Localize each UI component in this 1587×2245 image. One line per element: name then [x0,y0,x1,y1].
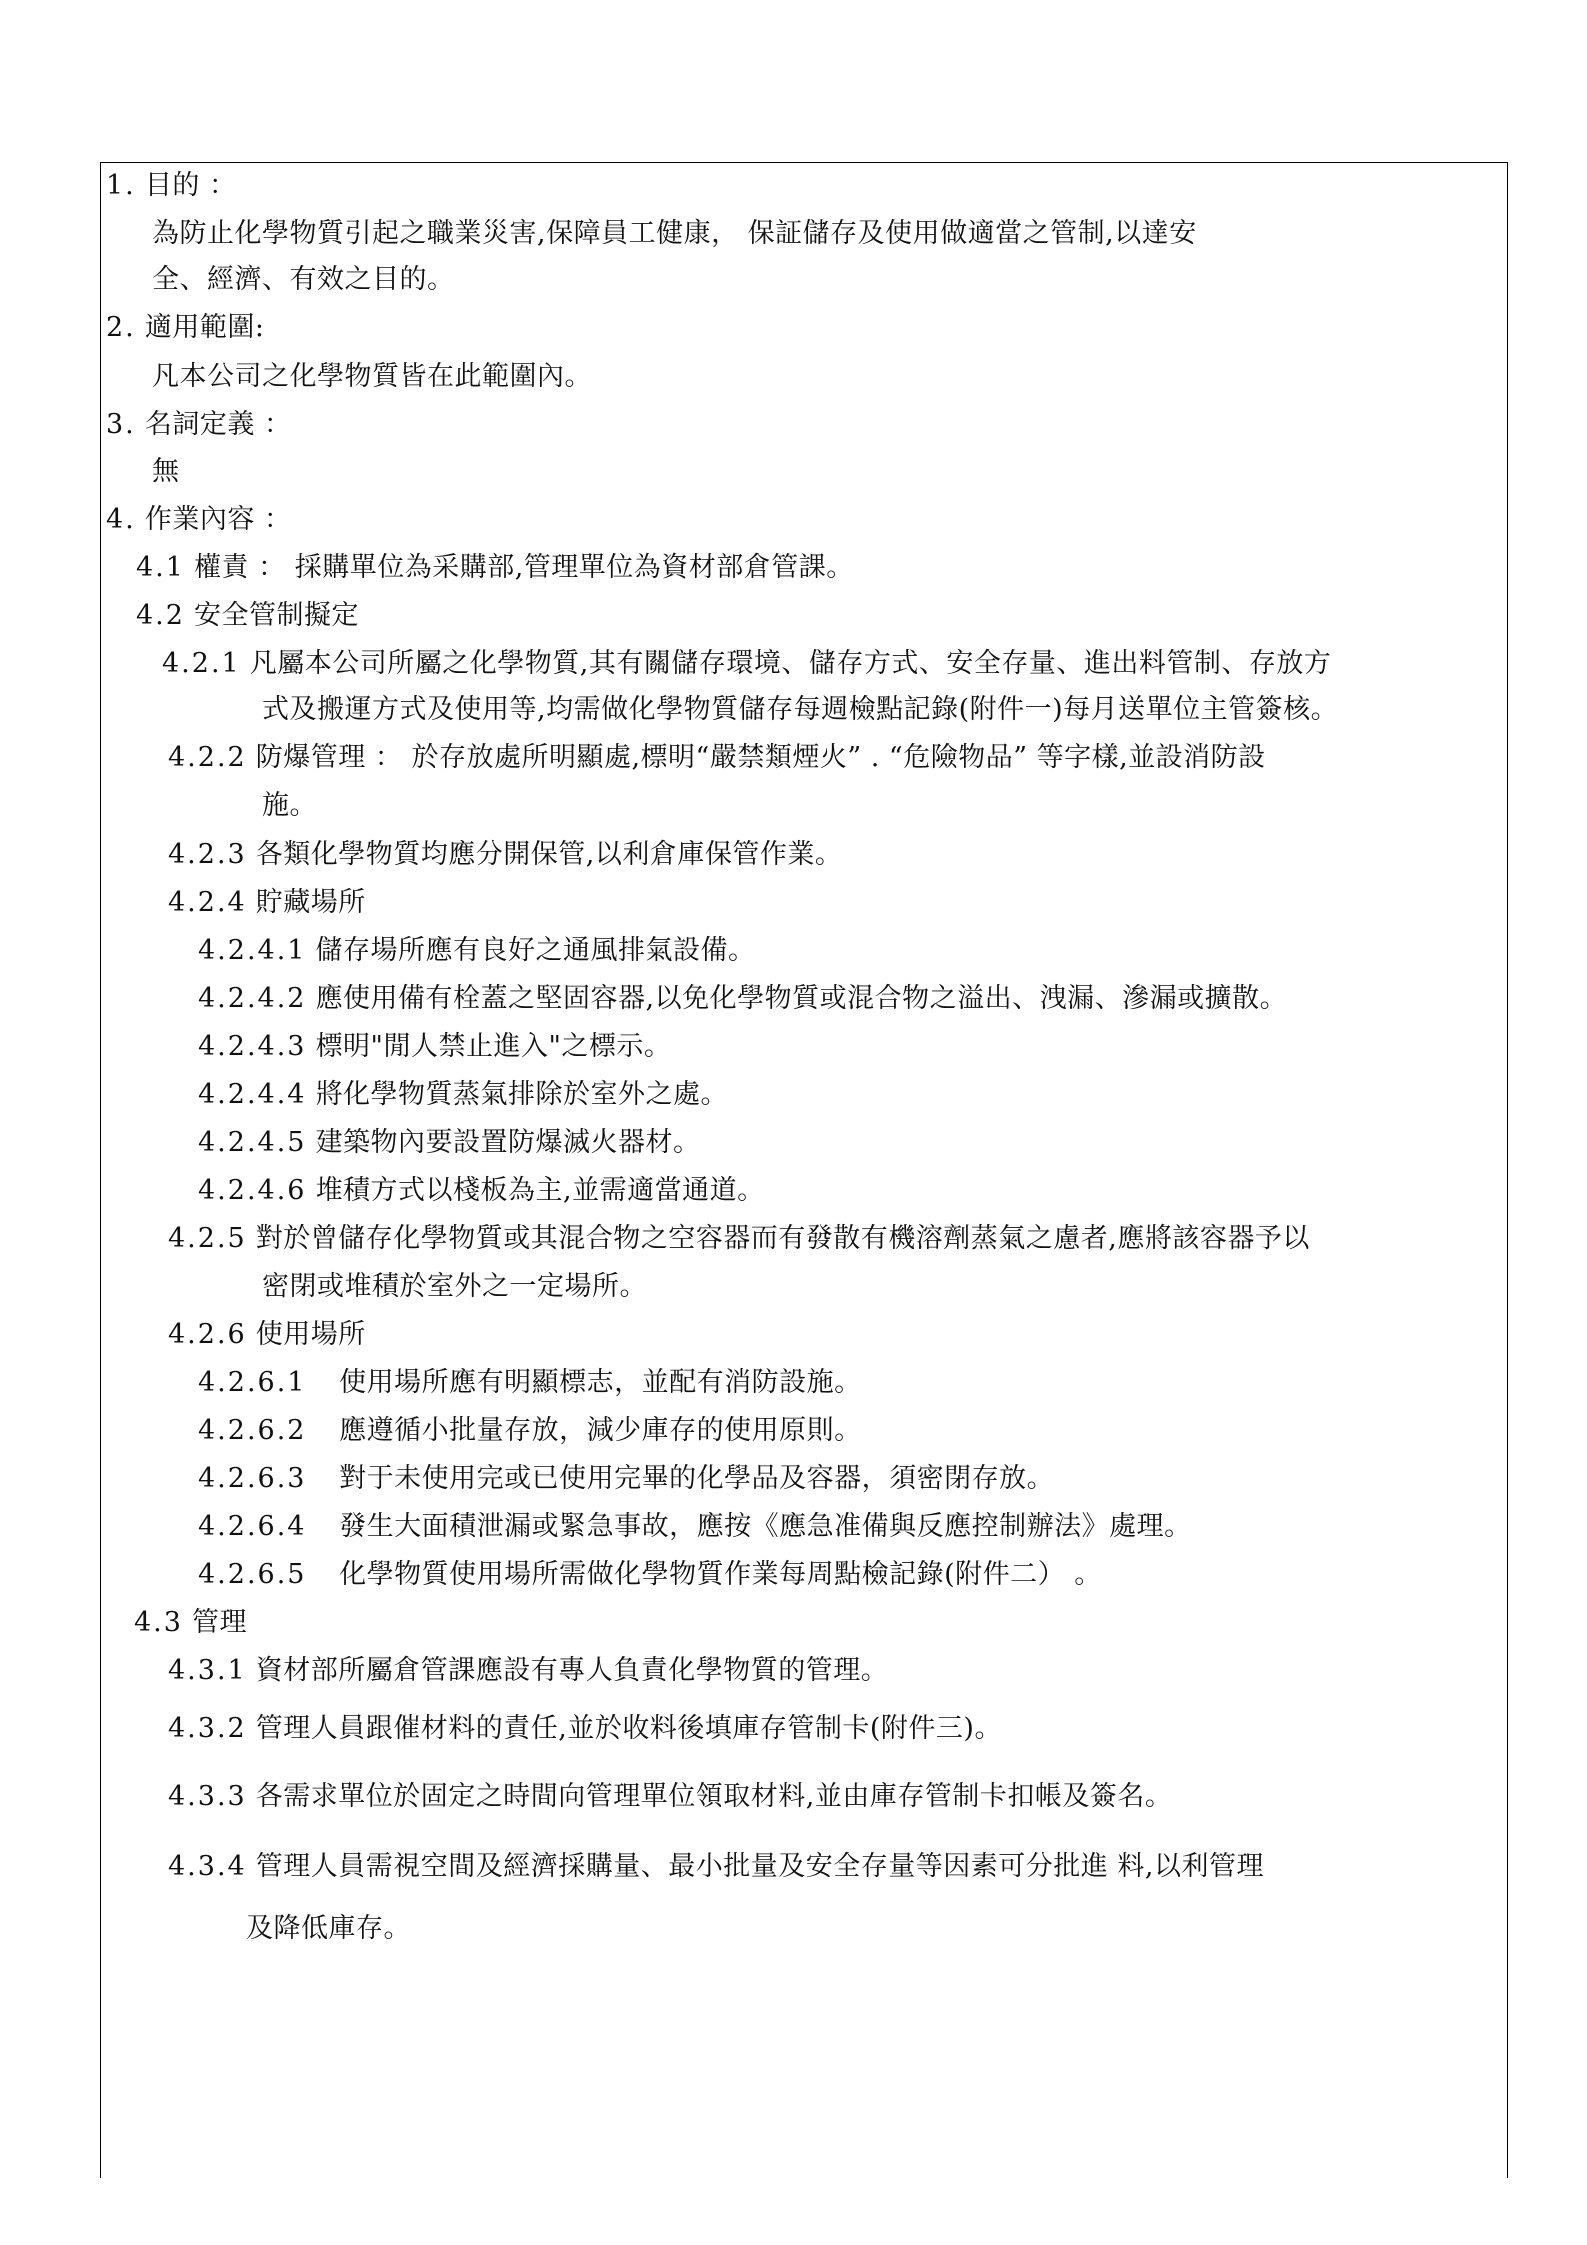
section-number: 4. [106,504,136,536]
item-number: 4.3.2 [168,1713,247,1745]
item-text: 管理人員跟催材料的責任,並於收料後填庫存管制卡(附件三)。 [256,1713,1002,1744]
item-text: 資材部所屬倉管課應設有專人負責化學物質的管理。 [256,1655,889,1686]
item-text: 使用場所應有明顯標志，並配有消防設施。 [339,1367,862,1398]
item-4-2-4-3: 4.2.4.3 標明"閒人禁止進入"之標示。 [198,1031,671,1063]
item-4-2-1-cont: 式及搬運方式及使用等,均需做化學物質儲存每週檢點記錄(附件一)每月送單位主管簽核… [262,694,1338,726]
item-4-2-4: 4.2.4 貯藏場所 [168,887,366,919]
item-text: 管理 [192,1607,247,1638]
item-text: 標明"閒人禁止進入"之標示。 [316,1031,672,1062]
item-number: 4.2.4.5 [198,1127,306,1159]
item-number: 4.2.6.1 [198,1367,330,1399]
section-title: 作業內容 ： [145,504,292,535]
item-4-2-2: 4.2.2 防爆管理 ： 於存放處所明顯處,標明“嚴禁類煙火” . “危險物品”… [168,742,1266,774]
item-number: 4.1 [136,552,185,584]
item-4-2: 4.2 安全管制擬定 [136,600,359,632]
item-4-2-4-6: 4.2.4.6 堆積方式以棧板為主,並需適當通道。 [198,1175,765,1207]
item-4-3: 4.3 管理 [134,1607,247,1639]
item-4-2-5-cont: 密閉或堆積於室外之一定場所。 [262,1271,647,1303]
item-number: 4.2.4.4 [198,1079,306,1111]
item-4-2-4-5: 4.2.4.5 建築物內要設置防爆滅火器材。 [198,1127,701,1159]
item-number: 4.2.5 [168,1223,247,1255]
item-4-2-6: 4.2.6 使用場所 [168,1319,366,1351]
item-4-2-3: 4.2.3 各類化學物質均應分開保管,以利倉庫保管作業。 [168,839,842,871]
item-number: 4.3.4 [168,1851,247,1883]
section-3-heading: 3. 名詞定義 ： [106,409,291,441]
item-4-2-5: 4.2.5 對於曾儲存化學物質或其混合物之空容器而有發散有機溶劑蒸氣之慮者,應將… [168,1223,1310,1255]
section-number: 1. [106,170,136,202]
section-3-body: 無 [152,456,180,488]
item-4-2-4-1: 4.2.4.1 儲存場所應有良好之通風排氣設備。 [198,935,756,967]
item-4-2-4-4: 4.2.4.4 將化學物質蒸氣排除於室外之處。 [198,1079,728,1111]
item-number: 4.3.1 [168,1655,247,1687]
section-1-heading: 1. 目的 ： [106,170,236,202]
item-text: 各類化學物質均應分開保管,以利倉庫保管作業。 [256,839,843,870]
item-text: 各需求單位於固定之時間向管理單位領取材料,並由庫存管制卡扣帳及簽名。 [256,1781,1173,1812]
item-number: 4.2.6 [168,1319,247,1351]
item-4-2-6-4: 4.2.6.4 發生大面積泄漏或緊急事故，應按《應急准備與反應控制辦法》處理。 [198,1511,1192,1543]
item-number: 4.2.4 [168,887,247,919]
item-number: 4.2.3 [168,839,247,871]
item-text: 建築物內要設置防爆滅火器材。 [316,1127,701,1158]
item-4-2-1: 4.2.1 凡屬本公司所屬之化學物質,其有關儲存環境、儲存方式、安全存量、進出料… [162,648,1331,680]
item-4-1: 4.1 權責 ： 採購單位為采購部,管理單位為資材部倉管課。 [136,552,854,584]
item-4-3-4: 4.3.4 管理人員需視空間及經濟採購量、最小批量及安全存量等因素可分批進 料,… [168,1851,1264,1883]
item-number: 4.2.6.5 [198,1559,330,1591]
item-number: 4.2.1 [162,648,241,680]
item-text: 儲存場所應有良好之通風排氣設備。 [316,935,756,966]
item-number: 4.2.4.6 [198,1175,306,1207]
item-number: 4.3 [134,1607,183,1639]
item-text: 管理人員需視空間及經濟採購量、最小批量及安全存量等因素可分批進 料,以利管理 [256,1851,1264,1882]
item-text: 應使用備有栓蓋之堅固容器,以免化學物質或混合物之溢出、洩漏、滲漏或擴散。 [316,983,1288,1014]
item-text: 發生大面積泄漏或緊急事故，應按《應急准備與反應控制辦法》處理。 [339,1511,1192,1542]
item-text: 貯藏場所 [256,887,366,918]
item-4-3-3: 4.3.3 各需求單位於固定之時間向管理單位領取材料,並由庫存管制卡扣帳及簽名。 [168,1781,1172,1813]
item-text: 化學物質使用場所需做化學物質作業每周點檢記錄(附件二） 。 [339,1559,1102,1590]
item-text: 凡屬本公司所屬之化學物質,其有關儲存環境、儲存方式、安全存量、進出料管制、存放方 [250,648,1332,679]
item-4-2-6-3: 4.2.6.3 對于未使用完或已使用完畢的化學品及容器，須密閉存放。 [198,1463,1054,1495]
section-number: 2. [106,312,136,344]
item-4-2-2-cont: 施。 [262,790,317,822]
section-title: 適用範圍: [145,312,265,343]
item-text: 將化學物質蒸氣排除於室外之處。 [316,1079,729,1110]
item-text: 安全管制擬定 [194,600,359,631]
section-4-heading: 4. 作業內容 ： [106,504,291,536]
item-text: 權責 ： 採購單位為采購部,管理單位為資材部倉管課。 [194,552,854,583]
item-number: 4.2.4.2 [198,983,306,1015]
item-number: 4.2.4.1 [198,935,306,967]
item-number: 4.2.6.4 [198,1511,330,1543]
item-4-3-2: 4.3.2 管理人員跟催材料的責任,並於收料後填庫存管制卡(附件三)。 [168,1713,1002,1745]
item-4-3-1: 4.3.1 資材部所屬倉管課應設有專人負責化學物質的管理。 [168,1655,888,1687]
item-number: 4.2.2 [168,742,247,774]
section-number: 3. [106,409,136,441]
item-text: 對於曾儲存化學物質或其混合物之空容器而有發散有機溶劑蒸氣之慮者,應將該容器予以 [256,1223,1310,1254]
item-4-2-6-5: 4.2.6.5 化學物質使用場所需做化學物質作業每周點檢記錄(附件二） 。 [198,1559,1102,1591]
item-text: 防爆管理 ： 於存放處所明顯處,標明“嚴禁類煙火” . “危險物品” 等字樣,並… [256,742,1266,773]
item-number: 4.2.6.2 [198,1415,330,1447]
item-4-2-4-2: 4.2.4.2 應使用備有栓蓋之堅固容器,以免化學物質或混合物之溢出、洩漏、滲漏… [198,983,1287,1015]
item-text: 對于未使用完或已使用完畢的化學品及容器，須密閉存放。 [339,1463,1054,1494]
section-1-body-line-2: 全、經濟、有效之目的。 [152,264,455,296]
item-number: 4.3.3 [168,1781,247,1813]
item-number: 4.2.6.3 [198,1463,330,1495]
item-text: 堆積方式以棧板為主,並需適當通道。 [316,1175,765,1206]
item-text: 使用場所 [256,1319,366,1350]
section-1-body-line-1: 為防止化學物質引起之職業災害,保障員工健康， 保証儲存及使用做適當之管制,以達安 [152,218,1197,250]
section-2-heading: 2. 適用範圍: [106,312,264,344]
item-4-3-4-cont: 及降低庫存。 [246,1913,411,1945]
item-number: 4.2 [136,600,185,632]
item-number: 4.2.4.3 [198,1031,306,1063]
item-text: 應遵循小批量存放，減少庫存的使用原則。 [339,1415,862,1446]
section-title: 名詞定義 ： [145,409,292,440]
section-title: 目的 ： [145,170,237,201]
item-4-2-6-2: 4.2.6.2 應遵循小批量存放，減少庫存的使用原則。 [198,1415,862,1447]
item-4-2-6-1: 4.2.6.1 使用場所應有明顯標志，並配有消防設施。 [198,1367,862,1399]
section-2-body: 凡本公司之化學物質皆在此範圍內。 [152,361,592,393]
